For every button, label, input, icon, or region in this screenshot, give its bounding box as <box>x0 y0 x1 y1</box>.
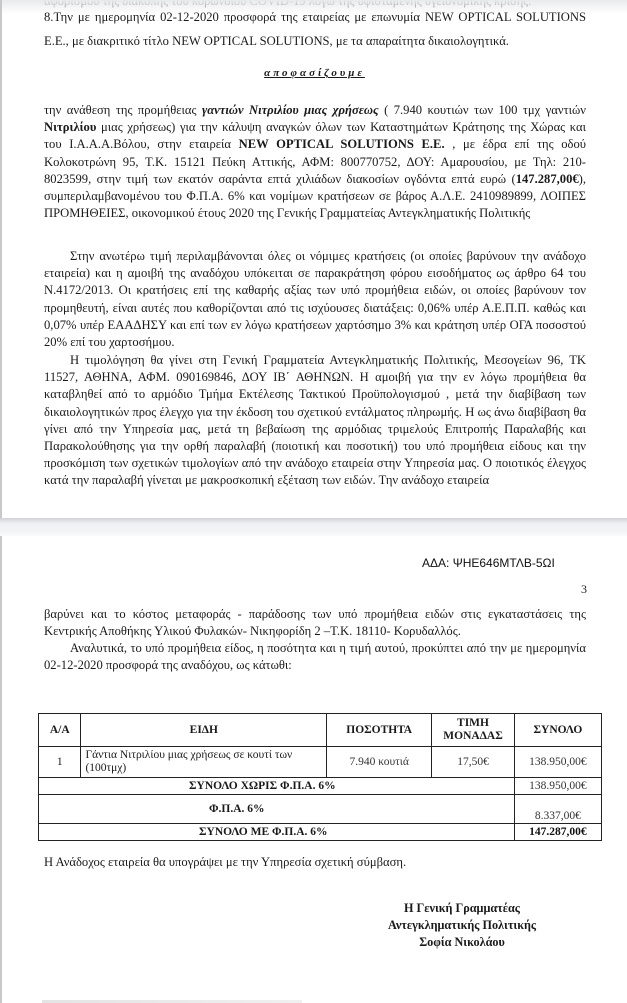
invoicing-paragraph: Η τιμολόγηση θα γίνει στη Γενική Γραμματ… <box>44 352 586 490</box>
ada-code: ΑΔΑ: ΨΗΕ646ΜΤΛΒ-5ΩΙ <box>422 556 555 570</box>
paragraph-item-8-line-2: Ε.Ε., με διακριτικό τίτλο NEW OPTICAL SO… <box>44 33 586 50</box>
decision-heading: αποφασίζουμε <box>2 67 627 79</box>
award-item-bold: Νιτριλίου <box>44 120 96 134</box>
cell-unit-price: 17,50€ <box>432 747 515 778</box>
vat-label: Φ.Π.Α. 6% <box>39 795 515 824</box>
document-page-3: ΑΔΑ: ΨΗΕ646ΜΤΛΒ-5ΩΙ 3 βαρύνει και το κόσ… <box>2 536 627 1003</box>
vat-row: Φ.Π.Α. 6% 8.337,00€ <box>39 795 602 824</box>
cell-item: Γάντια Νιτριλίου μιας χρήσεως σε κουτί τ… <box>81 747 327 778</box>
vat-value: 8.337,00€ <box>514 795 601 824</box>
award-paragraph: την ανάθεση της προμήθειας γαντιών Νιτρι… <box>44 102 586 222</box>
signature-block: Η Γενική Γραμματέας Αντεγκληματικής Πολι… <box>352 900 572 951</box>
header-items: ΕΙΔΗ <box>81 714 327 747</box>
award-item-bold: γαντιών Νιτριλίου μιας χρήσεως <box>202 103 379 117</box>
award-amount: 147.287,00€ <box>516 172 579 186</box>
grand-total-label: ΣΥΝΟΛΟ ΜΕ Φ.Π.Α. 6% <box>39 824 515 841</box>
page-separator <box>0 518 627 536</box>
subtotal-label: ΣΥΝΟΛΟ ΧΩΡΙΣ Φ.Π.Α. 6% <box>39 778 515 795</box>
header-quantity: ΠΟΣΟΤΗΤΑ <box>327 714 432 747</box>
header-aa: Α/Α <box>39 714 81 747</box>
transport-paragraph: βαρύνει και το κόστος μεταφοράς - παράδο… <box>44 606 586 640</box>
signature-name: Σοφία Νικολάου <box>352 934 572 951</box>
page-number: 3 <box>581 582 587 597</box>
offer-table: Α/Α ΕΙΔΗ ΠΟΣΟΤΗΤΑ ΤΙΜΗ ΜΟΝΑΔΑΣ ΣΥΝΟΛΟ 1 … <box>38 713 602 841</box>
cut-off-text-line: αφορισμού της διακοπής του κορωνοϊού COV… <box>44 0 584 8</box>
grand-total-value: 147.287,00€ <box>514 824 601 841</box>
contractor-name: NEW OPTICAL SOLUTIONS E.E. <box>239 137 445 151</box>
paragraph-item-8-line-1: 8.Την με ημερομηνία 02-12-2020 προσφορά … <box>44 9 586 26</box>
cell-quantity: 7.940 κουτιά <box>327 747 432 778</box>
cell-total: 138.950,00€ <box>514 747 601 778</box>
analysis-paragraph: Αναλυτικά, το υπό προμήθεια είδος, η ποσ… <box>44 640 586 674</box>
header-total: ΣΥΝΟΛΟ <box>514 714 601 747</box>
award-text: την ανάθεση της προμήθειας <box>44 103 202 117</box>
subtotal-value: 138.950,00€ <box>514 778 601 795</box>
signature-title: Η Γενική Γραμματέας <box>352 900 572 917</box>
document-page-2: αφορισμού της διακοπής του κορωνοϊού COV… <box>2 0 627 520</box>
header-unit-price: ΤΙΜΗ ΜΟΝΑΔΑΣ <box>432 714 515 747</box>
subtotal-row: ΣΥΝΟΛΟ ΧΩΡΙΣ Φ.Π.Α. 6% 138.950,00€ <box>39 778 602 795</box>
award-text: ( 7.940 κουτιών των 100 τμχ γαντιών <box>379 103 586 117</box>
signature-office: Αντεγκληματικής Πολιτικής <box>352 917 572 934</box>
grand-total-row: ΣΥΝΟΛΟ ΜΕ Φ.Π.Α. 6% 147.287,00€ <box>39 824 602 841</box>
withholdings-paragraph: Στην ανωτέρω τιμή περιλαμβάνονται όλες ο… <box>44 248 586 351</box>
cell-aa: 1 <box>39 747 81 778</box>
table-row: 1 Γάντια Νιτριλίου μιας χρήσεως σε κουτί… <box>39 747 602 778</box>
contract-note: Η Ανάδοχος εταιρεία θα υπογράψει με την … <box>44 854 586 871</box>
table-header-row: Α/Α ΕΙΔΗ ΠΟΣΟΤΗΤΑ ΤΙΜΗ ΜΟΝΑΔΑΣ ΣΥΝΟΛΟ <box>39 714 602 747</box>
